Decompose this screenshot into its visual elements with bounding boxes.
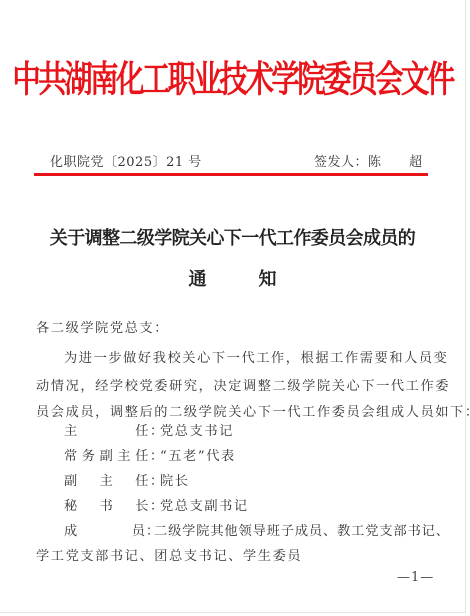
role-colon: ： [146,520,154,539]
paragraph-line-2: 动情况，经学校党委研究，决定调整二级学院关心下一代工作委 [36,375,436,394]
document-number: 化职院党〔2025〕21 号 [50,151,202,170]
notice-subtitle-char-2: 知 [259,265,277,291]
role-colon: ： [150,445,160,464]
red-divider-rule [34,173,428,176]
paragraph-line-3: 员会成员，调整后的二级学院关心下一代工作委员会组成人员如下： [36,401,436,420]
role-colon: ： [150,420,160,439]
role-row-secretary-general: 秘书长：党总支副书记 [64,495,249,514]
role-label: 主任 [64,420,150,439]
role-colon: ： [150,470,160,489]
document-org-title: 中共湖南化工职业技术学院委员会文件 [0,58,465,102]
role-label: 成员 [64,520,146,539]
page-number: —1— [397,570,434,585]
document-page: 中共湖南化工职业技术学院委员会文件 化职院党〔2025〕21 号 签发人：陈 超… [0,0,466,613]
notice-title: 关于调整二级学院关心下一代工作委员会成员的 [0,224,465,250]
role-value: “五老”代表 [160,449,236,464]
role-colon: ： [150,495,160,514]
role-value: 党总支副书记 [160,499,249,514]
notice-subtitle-char-1: 通 [189,265,207,291]
role-value: 二级学院其他领导班子成员、教工党支部书记、 [154,524,450,539]
role-label: 常务副主任 [64,445,150,464]
paragraph-line-1: 为进一步做好我校关心下一代工作，根据工作需要和人员变 [64,347,464,366]
notice-subtitle: 通知 [0,265,465,291]
signer-label: 签发人： [314,155,368,170]
role-row-members: 成员：二级学院其他领导班子成员、教工党支部书记、 [64,520,450,539]
role-row-deputy-director: 副主任：院长 [64,470,190,489]
salutation: 各二级学院党总支： [36,317,436,336]
role-label: 秘书长 [64,495,150,514]
role-label: 副主任 [64,470,150,489]
role-row-executive-deputy-director: 常务副主任：“五老”代表 [64,445,236,464]
role-value: 党总支书记 [160,424,234,439]
members-continuation: 学工党支部书记、团总支书记、学生委员 [36,545,436,564]
signer: 签发人：陈 超 [314,151,434,170]
role-value: 院长 [160,474,190,489]
signer-name: 陈 超 [368,155,434,170]
role-row-director: 主任：党总支书记 [64,420,234,439]
